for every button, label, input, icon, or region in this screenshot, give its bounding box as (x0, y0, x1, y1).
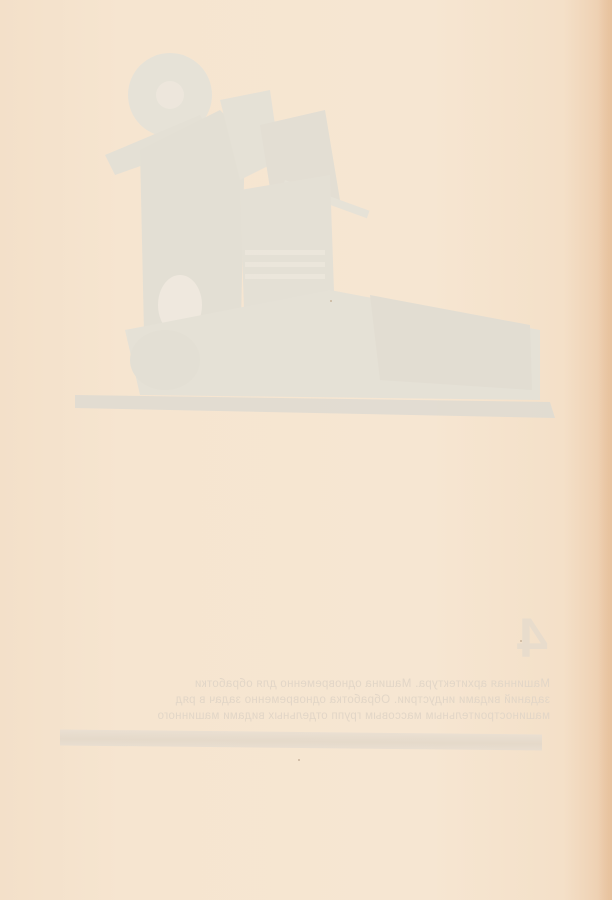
paper-speck (330, 300, 332, 302)
paper-speck (298, 759, 300, 761)
caption-text: Машинная архитектура. Машина одновременн… (58, 676, 550, 724)
machine-illustration (70, 40, 560, 420)
machine-illustration-icon (70, 40, 560, 420)
caption-line: Машинная архитектура. Машина одновременн… (58, 676, 550, 692)
caption-line: заданий видами индустрии. Обработка одно… (58, 692, 550, 708)
paper-speck (520, 640, 522, 642)
page-edge-shadow (598, 0, 612, 900)
caption-line: машиностроительным массовым групп отдель… (58, 708, 550, 724)
bleed-through-bar (60, 729, 542, 750)
book-page: 4 Машинная архитектура. Машина одновреме… (0, 0, 612, 900)
figure-number: 4 (508, 610, 548, 665)
